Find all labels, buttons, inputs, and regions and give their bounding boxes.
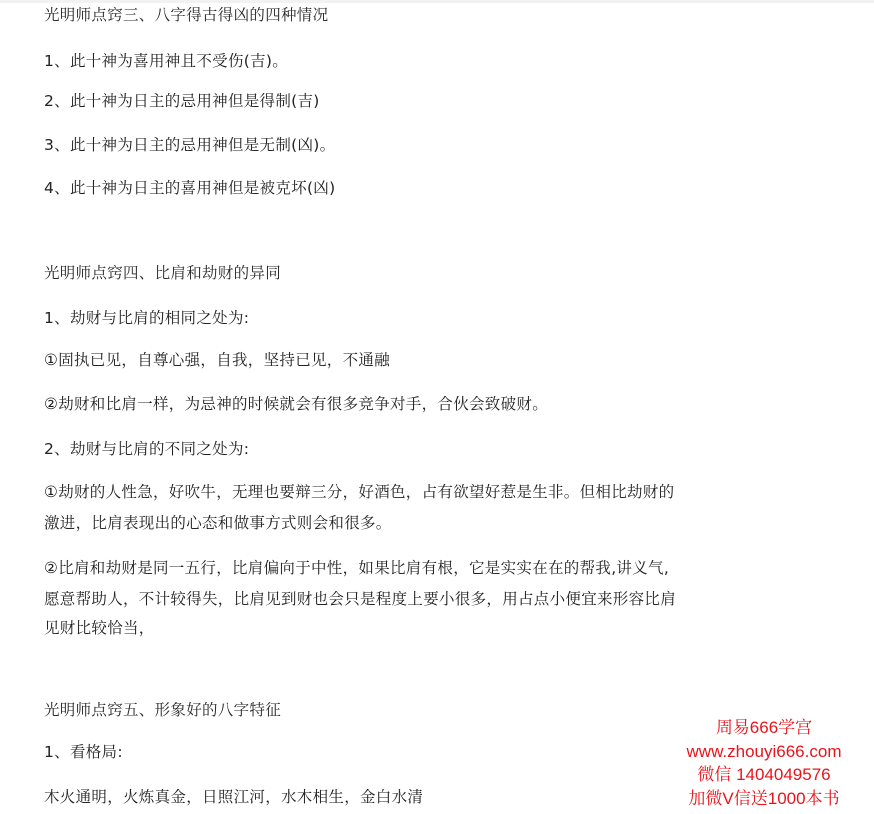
section-heading-5: 光明师点窍五、形象好的八字特征 [44,700,281,720]
watermark-title: 周易666学宫 [664,716,864,740]
watermark-wechat: 微信 1404049576 [664,763,864,787]
watermark-promo: 加微V信送1000本书 [664,787,864,811]
list-item: 2、劫财与比肩的不同之处为: [44,439,249,459]
top-edge-band [0,0,874,3]
paragraph-line: ②比肩和劫财是同一五行，比肩偏向于中性，如果比肩有根，它是实实在在的帮我,讲义气… [44,558,669,578]
list-item: 3、此十神为日主的忌用神但是无制(凶)。 [44,135,335,155]
list-item: 2、此十神为日主的忌用神但是得制(吉) [44,91,320,111]
section-heading-3: 光明师点窍三、八字得古得凶的四种情况 [44,5,328,25]
list-item: 4、此十神为日主的喜用神但是被克坏(凶) [44,178,335,198]
list-item: ①固执已见，自尊心强，自我，坚持已见，不通融 [44,350,390,370]
list-item: 1、看格局: [44,742,123,762]
paragraph-line: 愿意帮助人，不计较得失，比肩见到财也会只是程度上要小很多，用占点小便宜来形容比肩 [44,589,676,609]
list-item: 1、劫财与比肩的相同之处为: [44,308,249,328]
list-item: 1、此十神为喜用神且不受伤(吉)。 [44,51,288,71]
watermark-url: www.zhouyi666.com [664,740,864,764]
list-item: ②劫财和比肩一样，为忌神的时候就会有很多竞争对手，合伙会致破财。 [44,394,548,414]
paragraph-line: ①劫财的人性急，好吹牛，无理也要辩三分，好酒色，占有欲望好惹是生非。但相比劫财的 [44,482,674,502]
section-heading-4: 光明师点窍四、比肩和劫财的异同 [44,263,281,283]
paragraph-line: 激进，比肩表现出的心态和做事方式则会和很多。 [44,513,392,533]
list-item: 木火通明，火炼真金，日照江河，水木相生，金白水清 [44,787,423,807]
watermark: 周易666学宫 www.zhouyi666.com 微信 1404049576 … [664,716,864,810]
paragraph-line: 见财比较恰当， [44,618,155,638]
